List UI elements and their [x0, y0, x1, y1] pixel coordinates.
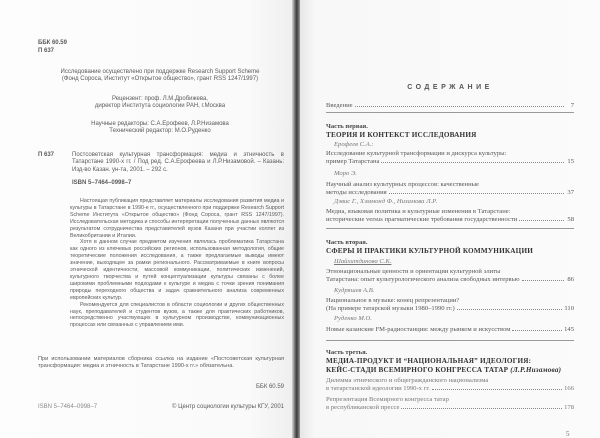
leader-dots	[381, 161, 564, 163]
abstract-paragraph: Настоящая публикация представляет матери…	[70, 198, 284, 239]
book-spread: ББК 60.59 П 637 Исследование осуществлен…	[0, 0, 600, 438]
abstract: Настоящая публикация представляет матери…	[70, 198, 284, 329]
toc-page-number: 58	[566, 216, 574, 224]
reviewer: Рецензент: проф. Л.М.Дробижева, директор…	[40, 96, 280, 111]
toc-page-number: 178	[564, 404, 574, 412]
divider	[326, 112, 574, 113]
usage-note: При использовании материалов сборника сс…	[38, 356, 284, 370]
entry-author: Моро Э.	[334, 170, 357, 177]
grant-note-line: Исследование осуществлено при поддержке …	[40, 69, 280, 76]
leader-dots	[432, 388, 562, 390]
toc-page-number: 7	[566, 102, 574, 110]
left-page-imprint: ББК 60.59 П 637 Исследование осуществлен…	[0, 0, 292, 438]
toc-entry: Научный анализ культурных процессов: кач…	[326, 181, 574, 197]
part-3-title: КЕЙС-СТАДИ ВСЕМИРНОГО КОНГРЕССА ТАТАР (Л…	[326, 366, 561, 374]
part-2-title: СФЕРЫ И ПРАКТИКИ КУЛЬТУРНОЙ КОММУНИКАЦИИ	[326, 247, 533, 255]
leader-dots	[457, 308, 563, 310]
leader-dots	[401, 407, 562, 409]
toc-entry-title: в республиканской прессе	[326, 404, 399, 412]
entry-author: Кудряшев А.В.	[334, 287, 374, 294]
leader-dots	[522, 279, 564, 281]
toc-page-number: 86	[566, 276, 574, 284]
toc-entry-title: Введение	[326, 102, 353, 110]
toc-entry-title: Репрезентация Всемирного конгресса татар	[326, 396, 574, 404]
entry-author: Руденко М.О.	[334, 315, 372, 322]
toc-entry-title: Медиа, языковая политика и культурные из…	[326, 208, 574, 216]
editors: Научные редакторы: С.А.Ерофеев, Л.Р.Низа…	[40, 121, 280, 136]
leader-dots	[355, 105, 564, 107]
part-1-label: Часть первая.	[326, 123, 368, 130]
entry-author: Шайхитдинова С.К.	[334, 258, 392, 265]
toc-entry: Репрезентация Всемирного конгресса татар…	[326, 396, 574, 412]
leader-dots	[389, 192, 564, 194]
entry-author: Ерофеев С.А.:	[334, 141, 374, 148]
toc-entry: Национальное в музыке: конец репрезентац…	[326, 297, 574, 313]
part-3-label: Часть третья.	[326, 349, 367, 356]
leader-dots	[512, 329, 562, 331]
toc-entry: Этнонациональные ценности и ориентации к…	[326, 268, 574, 284]
catalog-code: П 637	[38, 152, 54, 159]
contents-title: СОДЕРЖАНИЕ	[300, 84, 600, 91]
entry-author: Дэвис Г., Хэммонд Ф., Низамова Л.Р.	[334, 198, 437, 205]
toc-entry-title: Исследование культурной трансформации и …	[326, 150, 574, 158]
toc-entry-title: Дилемма этнического и общегражданского н…	[326, 377, 574, 385]
leader-dots	[519, 219, 564, 221]
bbk-bottom: ББК 60.59	[200, 384, 284, 391]
toc-entry-title: исторические versus прагматические требо…	[326, 216, 517, 224]
part-3-author: (Л.Р.Низамова)	[510, 366, 561, 374]
isbn-bold: ISBN 5–7464–0998–7	[72, 180, 131, 187]
toc-entry-title: пример Татарстана	[326, 158, 379, 166]
toc-page-number: 166	[564, 385, 574, 393]
part-3-title: МЕДИА-ПРОДУКТ И “НАЦИОНАЛЬНАЯ” ИДЕОЛОГИЯ…	[326, 357, 531, 365]
part-1-title: ТЕОРИЯ И КОНТЕКСТ ИССЛЕДОВАНИЯ	[326, 131, 477, 139]
author-mark: П 637	[38, 48, 54, 55]
copyright: © Центр социологии культуры КГУ, 2001	[140, 404, 284, 411]
book-gutter	[292, 0, 300, 438]
abstract-paragraph: Рекомендуется для специалистов в области…	[70, 302, 284, 330]
toc-entry: Медиа, языковая политика и культурные из…	[326, 208, 574, 224]
isbn-bottom: ISBN 5–7464–0998–7	[38, 404, 97, 411]
toc-page-number: 37	[566, 189, 574, 197]
toc-entry-title: в татарстанской идеологии 1990-х гг.	[326, 385, 430, 393]
abstract-paragraph: Хотя в данном случае предметом изучения …	[70, 239, 284, 301]
toc-entry: Исследование культурной трансформации и …	[326, 150, 574, 166]
toc-page-number: 110	[564, 305, 574, 313]
toc-entry-title: Национальное в музыке: конец репрезентац…	[326, 297, 574, 305]
part-2-label: Часть вторая.	[326, 239, 367, 246]
toc-entry: Дилемма этнического и общегражданского н…	[326, 377, 574, 393]
grant-note-line: (Фонд Сороса, Институт «Открытое обществ…	[40, 76, 280, 83]
divider	[326, 228, 574, 229]
page-number: 5	[566, 430, 570, 438]
toc-page-number: 145	[564, 326, 574, 334]
part-3-title-line: КЕЙС-СТАДИ ВСЕМИРНОГО КОНГРЕССА ТАТАР	[326, 366, 508, 374]
toc-entry-title: Этнонациональные ценности и ориентации к…	[326, 268, 574, 276]
reviewer-line: Рецензент: проф. Л.М.Дробижева,	[40, 96, 280, 103]
toc-entry-title: методы исследования	[326, 189, 387, 197]
bbk-code: ББК 60.59	[38, 40, 67, 47]
toc-entry-title: Татарстана: опыт культурологического ана…	[326, 276, 520, 284]
grant-note: Исследование осуществлено при поддержке …	[40, 69, 280, 84]
divider	[326, 340, 574, 341]
editors-line: Технический редактор: М.О.Руденко	[40, 128, 280, 135]
catalog-entry: Постсоветская культурная трансформация: …	[72, 152, 284, 174]
toc-entry: Новые казанские FM-радиостанции: между р…	[326, 326, 574, 334]
toc-entry-title: Новые казанские FM-радиостанции: между р…	[326, 326, 510, 334]
toc-intro: Введение 7	[326, 102, 574, 110]
toc-page-number: 15	[566, 158, 574, 166]
reviewer-line: директор Института социологии РАН, г.Мос…	[40, 103, 280, 110]
toc-entry-title: (На примере татарской музыки 1980–1990 г…	[326, 305, 455, 313]
toc-entry-title: Научный анализ культурных процессов: кач…	[326, 181, 574, 189]
